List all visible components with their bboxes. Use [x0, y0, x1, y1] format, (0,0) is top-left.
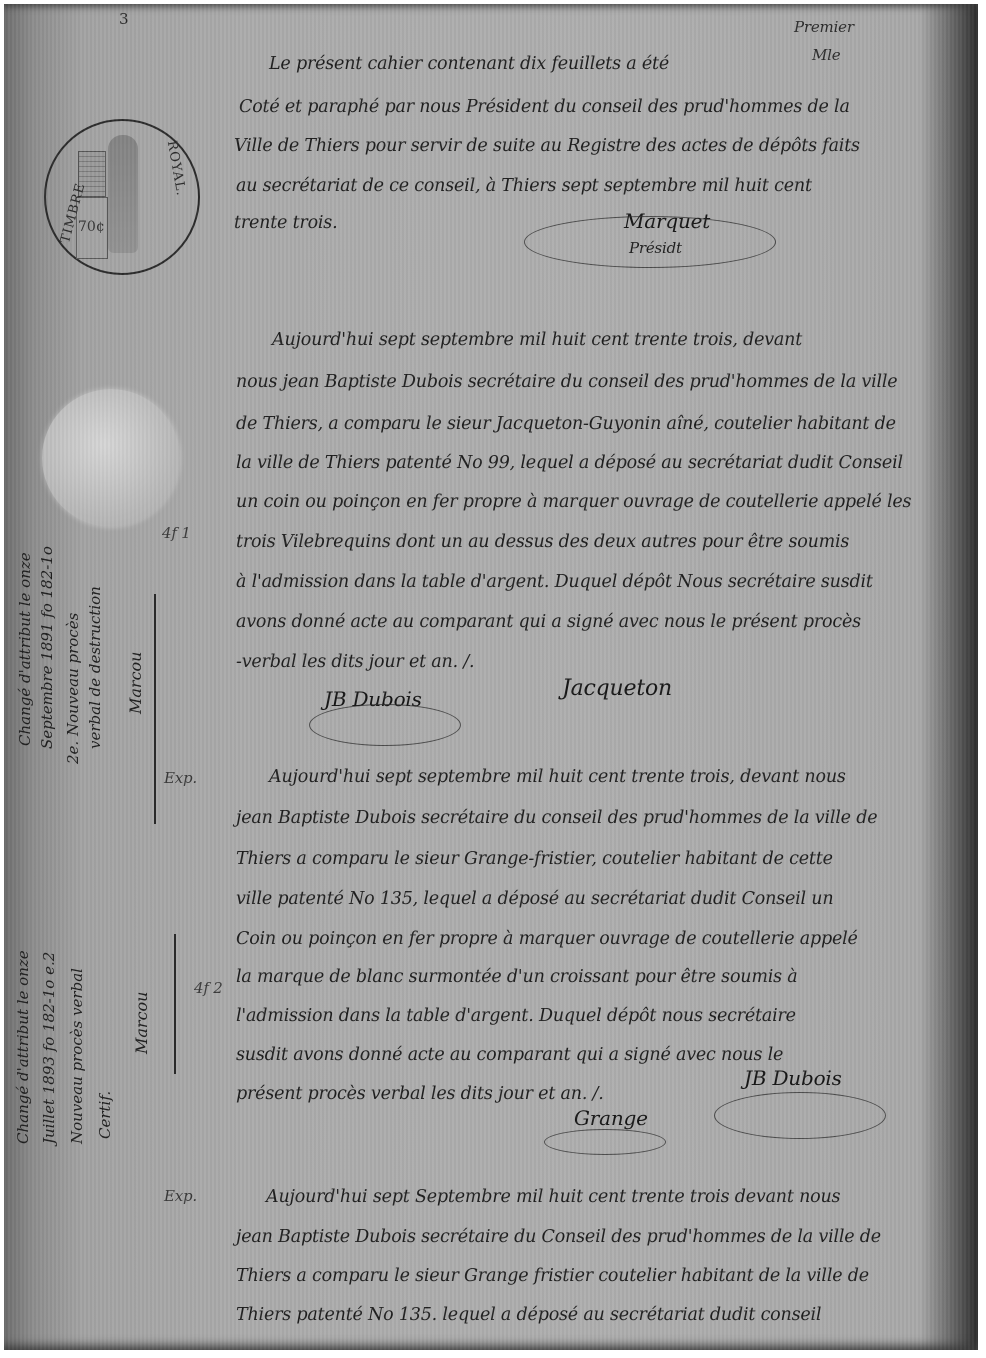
side-signature: Marcou — [132, 992, 151, 1054]
text-line: la ville de Thiers patenté No 99, lequel… — [236, 455, 903, 473]
text-line: Aujourd'hui sept Septembre mil huit cent… — [266, 1189, 840, 1207]
text-line: Coté et paraphé par nous Président du co… — [239, 99, 850, 117]
text-line: Thiers a comparu le sieur Grange fristie… — [236, 1268, 869, 1286]
embossed-seal — [42, 389, 180, 527]
side-note: verbal de destruction — [86, 586, 104, 749]
margin-tag: Exp. — [164, 1187, 197, 1205]
top-note-premier: Premier — [794, 18, 854, 36]
text-line: Aujourd'hui sept septembre mil huit cent… — [272, 332, 802, 350]
page-number: 3 — [119, 10, 128, 28]
side-note: Changé d'attribut le onze — [14, 950, 32, 1144]
side-note: Juillet 1893 fo 182-1o e.2 — [40, 952, 58, 1144]
text-line: Thiers a comparu le sieur Grange-fristie… — [236, 851, 833, 869]
text-line: Coin ou poinçon en fer propre à marquer … — [236, 931, 858, 949]
text-line: de Thiers, a comparu le sieur Jacqueton-… — [236, 416, 896, 434]
text-line: l'admission dans la table d'argent. Duqu… — [236, 1008, 796, 1026]
side-signature: Marcou — [126, 652, 145, 714]
signature-grange: Grange — [574, 1106, 648, 1130]
side-note: Nouveau procès verbal — [68, 968, 86, 1144]
stamp-text-right: ROYAL. — [164, 140, 189, 198]
text-line: jean Baptiste Dubois secrétaire du Conse… — [236, 1229, 881, 1247]
signature-jacqueton: Jacqueton — [562, 676, 672, 701]
side-note: 2e. Nouveau procès — [64, 613, 82, 764]
margin-tag: Exp. — [164, 769, 197, 787]
side-note: Septembre 1891 fo 182-1o — [38, 546, 56, 749]
text-line: nous jean Baptiste Dubois secrétaire du … — [236, 374, 897, 392]
stamp-figure-icon — [108, 135, 138, 253]
signature-flourish — [714, 1092, 886, 1139]
signature-flourish — [309, 704, 461, 746]
margin-tag: 4f 2 — [194, 979, 223, 997]
side-note: Certif. — [96, 1091, 114, 1139]
timbre-royal-stamp: 70¢ TIMBRE ROYAL. — [44, 119, 200, 275]
text-line: jean Baptiste Dubois secrétaire du conse… — [236, 810, 877, 828]
margin-tag: 4f 1 — [162, 524, 191, 542]
document-scan: 3 Premier Mle 70¢ TIMBRE ROYAL. Le prése… — [4, 4, 978, 1350]
text-line: avons donné acte au comparant qui a sign… — [236, 614, 861, 632]
side-rule — [154, 594, 156, 824]
text-line: présent procès verbal les dits jour et a… — [236, 1086, 604, 1104]
side-rule — [174, 934, 176, 1074]
text-line: ville patenté No 135, lequel a déposé au… — [236, 891, 833, 909]
top-note-mle: Mle — [812, 46, 840, 64]
text-line: Le présent cahier contenant dix feuillet… — [269, 56, 669, 74]
text-line: -verbal les dits jour et an. /. — [236, 654, 474, 672]
signature-flourish — [524, 216, 776, 268]
side-note: Changé d'attribut le onze — [16, 552, 34, 746]
text-line: Thiers patenté No 135. lequel a déposé a… — [236, 1307, 821, 1325]
text-line: à l'admission dans la table d'argent. Du… — [236, 574, 873, 592]
text-line: au secrétariat de ce conseil, à Thiers s… — [236, 178, 812, 196]
text-line: trois Vilebrequins dont un au dessus des… — [236, 534, 849, 552]
text-line: susdit avons donné acte au comparant qui… — [236, 1047, 783, 1065]
text-line: trente trois. — [234, 215, 337, 233]
signature-dubois: JB Dubois — [744, 1066, 842, 1090]
text-line: Ville de Thiers pour servir de suite au … — [234, 138, 860, 156]
text-line: la marque de blanc surmontée d'un croiss… — [236, 969, 798, 987]
text-line: un coin ou poinçon en fer propre à marqu… — [236, 494, 911, 512]
signature-flourish — [544, 1129, 666, 1155]
stamp-value: 70¢ — [78, 219, 105, 235]
text-line: Aujourd'hui sept septembre mil huit cent… — [269, 769, 846, 787]
